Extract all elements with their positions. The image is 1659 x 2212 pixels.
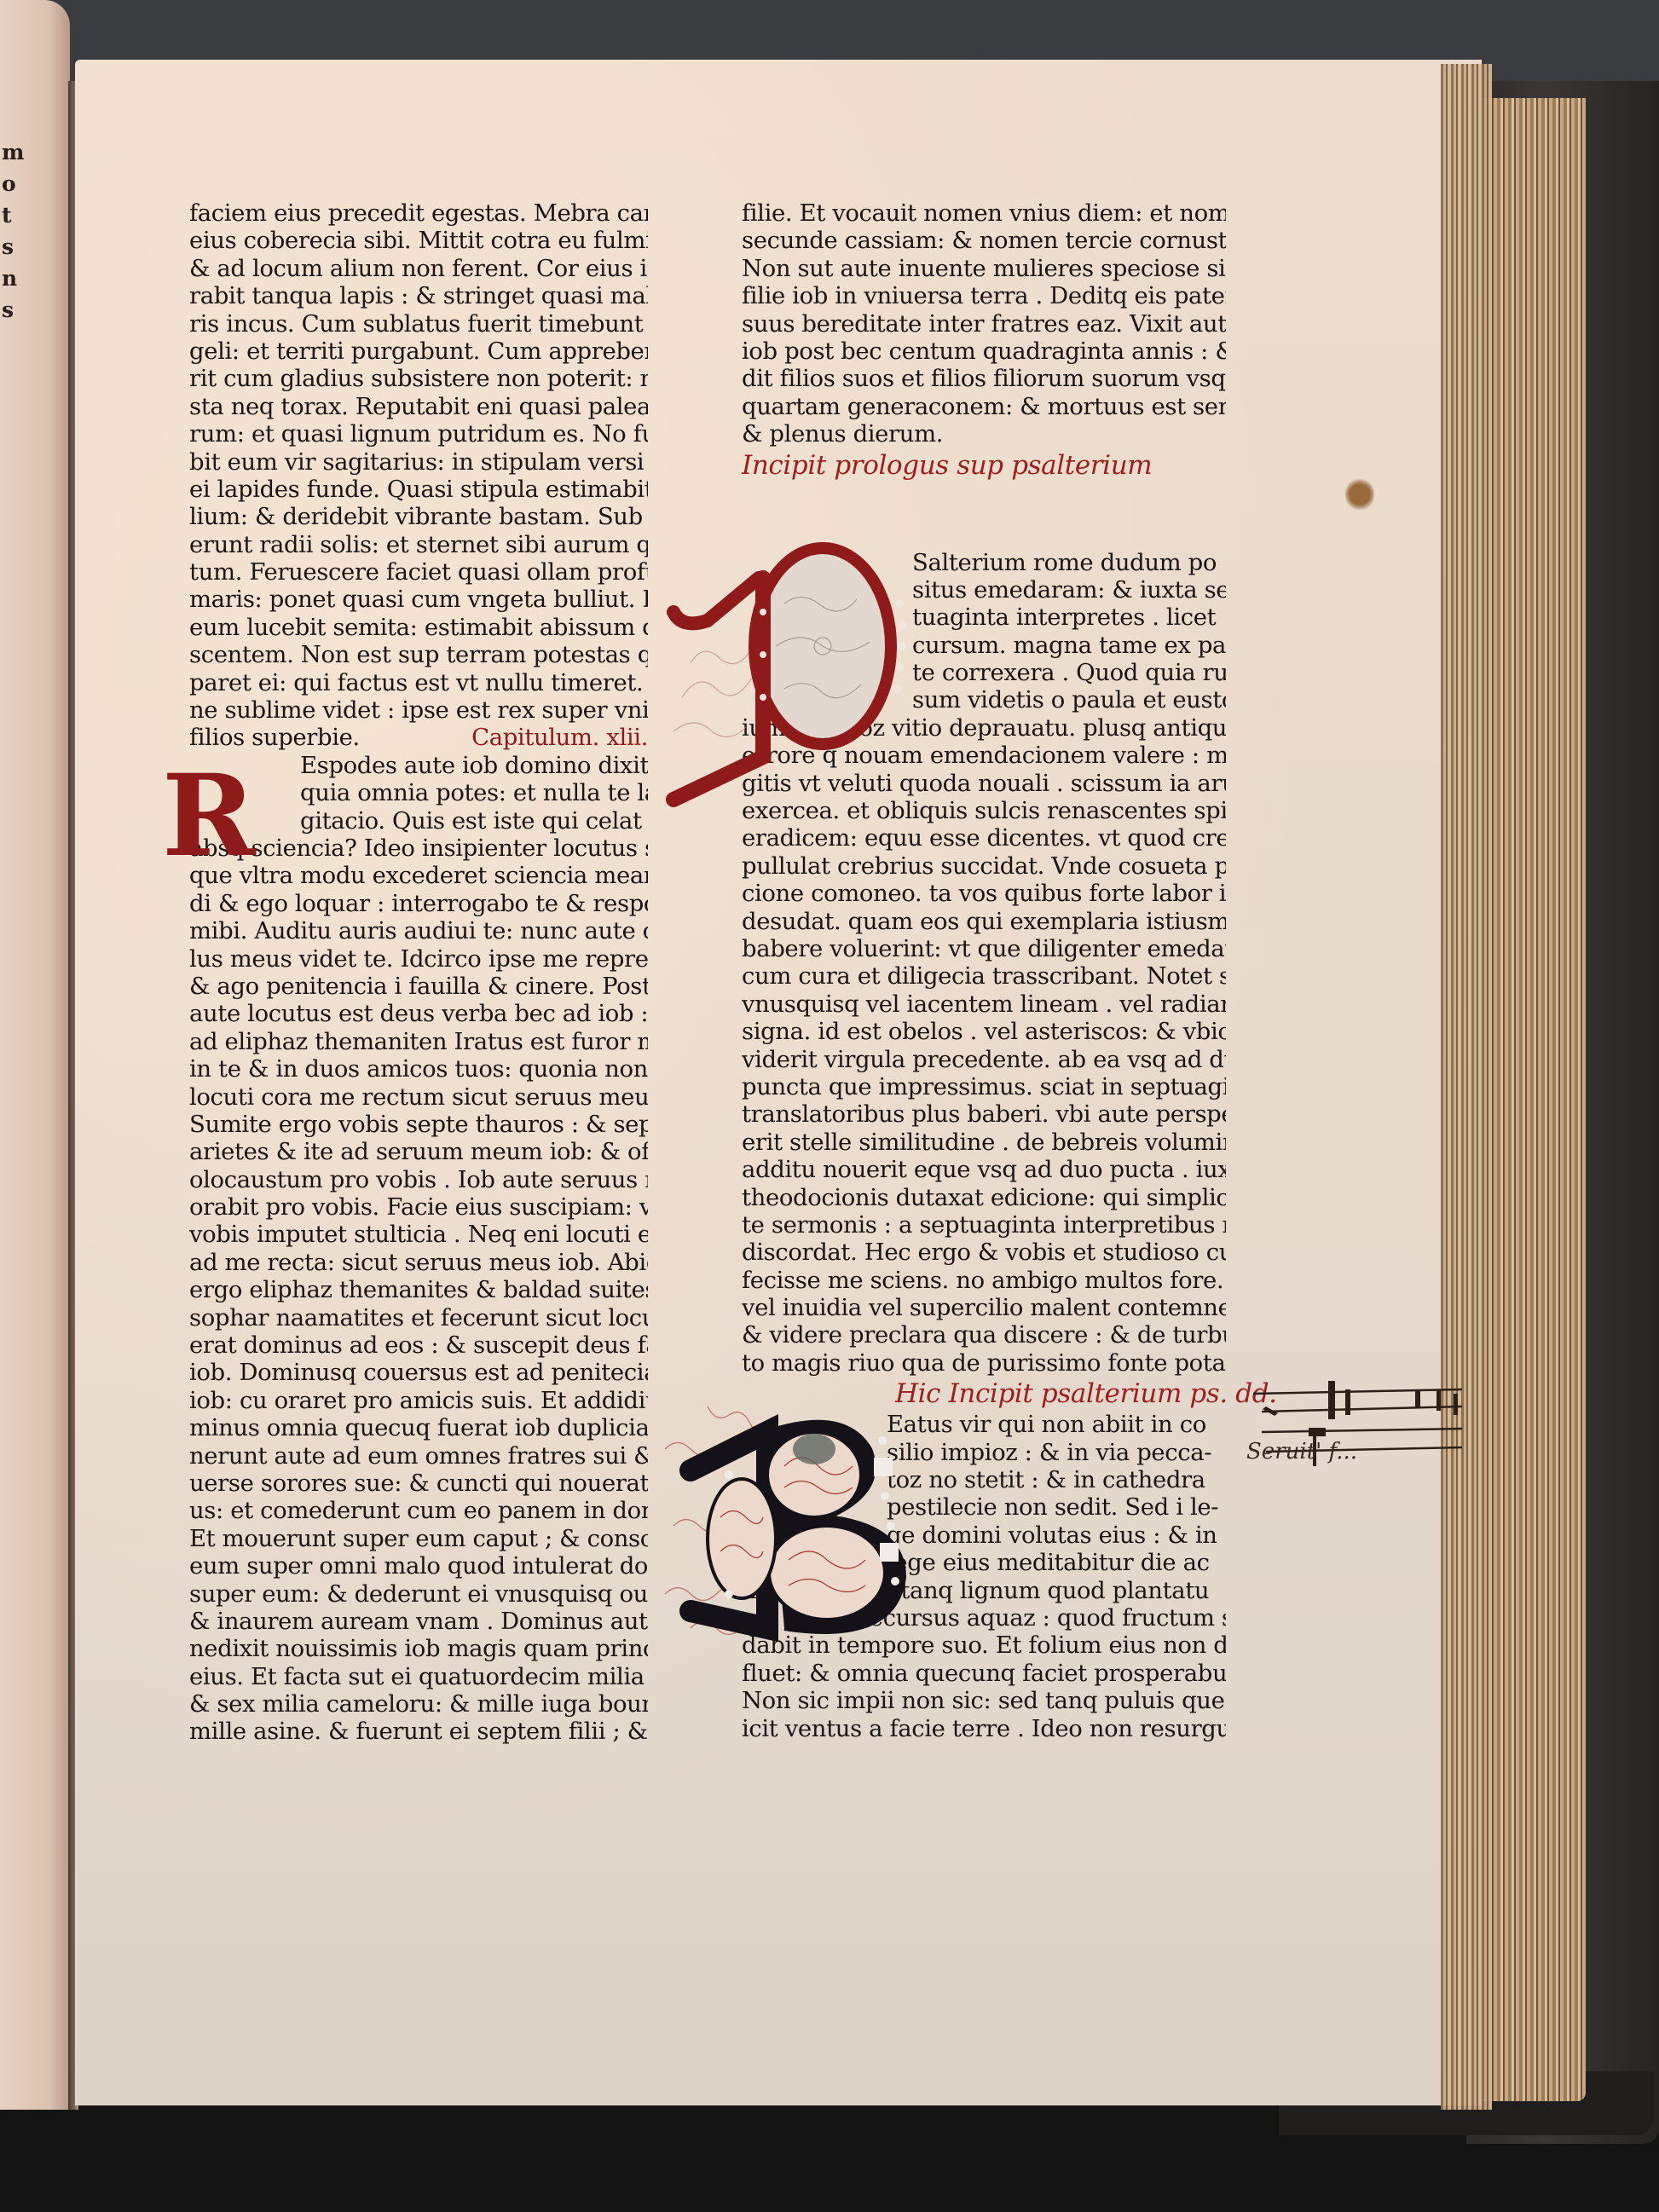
text-line: filie. Et vocauit nomen vnius diem: et n…	[742, 199, 1226, 227]
text-line: ne sublime videt : ipse est rex super vn…	[189, 696, 648, 724]
text-line: & sex milia cameloru: & mille iuga boum.…	[189, 1690, 648, 1718]
text-line: eum lucebit semita: estimabit abissum qs…	[189, 614, 648, 641]
text-line: fecisse me sciens. no ambigo multos fore…	[742, 1267, 1226, 1294]
text-line: sta neq torax. Reputabit eni quasi palea…	[189, 393, 648, 420]
text-line: in te & in duos amicos tuos: quonia non …	[189, 1055, 648, 1083]
text-line: & inaurem auream vnam . Dominus aute be	[189, 1608, 648, 1635]
text-line: desudat. quam eos qui exemplaria istiusm…	[742, 908, 1226, 935]
left-page-edge: m o t s n s	[0, 0, 70, 2110]
text-line: ris incus. Cum sublatus fuerit timebunt …	[189, 310, 648, 338]
text-line: paret ei: qui factus est vt nullu timere…	[189, 669, 648, 696]
text-line: aute locutus est deus verba bec ad iob :…	[189, 1000, 648, 1027]
text-line: eius. Et facta sut ei quatuordecim milia…	[189, 1663, 648, 1690]
text-line: lus meus videt te. Idcirco ipse me repre…	[189, 945, 648, 973]
text-line: puncta que impressimus. sciat in septuag…	[742, 1073, 1226, 1100]
text-line: suus bereditate inter fratres eaz. Vixit…	[742, 310, 1226, 338]
text-line: viderit virgula precedente. ab ea vsq ad…	[742, 1046, 1226, 1073]
text-line: Sumite ergo vobis septe thauros : & sept…	[189, 1111, 648, 1138]
text-line: ad me recta: sicut seruus meus iob. Abie…	[189, 1249, 648, 1276]
text-line: geli: et territi purgabunt. Cum appreben…	[189, 338, 648, 365]
text-line: nedixit nouissimis iob magis quam princi…	[189, 1635, 648, 1662]
text-line: icit ventus a facie terre . Ideo non res…	[742, 1715, 1226, 1742]
text-line: us: et comederunt cum eo panem in domo e…	[189, 1497, 648, 1524]
text-line: filie iob in vniuersa terra . Deditq eis…	[742, 282, 1226, 309]
text-line: signa. id est obelos . vel asteriscos: &…	[742, 1018, 1226, 1045]
text-line: erit stelle similitudine . de bebreis vo…	[742, 1129, 1226, 1156]
text-line: maris: ponet quasi cum vngeta bulliut. P…	[189, 586, 648, 613]
text-line: iob. Dominusq couersus est ad peniteciam	[189, 1359, 648, 1386]
text-line: super eum: & dederunt ei vnusquisq oue v…	[189, 1580, 648, 1608]
text-line: orabit pro vobis. Facie eius suscipiam: …	[189, 1193, 648, 1221]
text-line: cum cura et diligecia trasscribant. Note…	[742, 962, 1226, 990]
text-line: bit eum vir sagitarius: in stipulam vers…	[189, 448, 648, 476]
text-line: sophar naamatites et fecerunt sicut locu…	[189, 1304, 648, 1331]
text-line: olocaustum pro vobis . Iob aute seruus m…	[189, 1166, 648, 1193]
text-line: te sermonis : a septuaginta interpretibu…	[742, 1211, 1226, 1239]
text-line: nerunt aute ad eum omnes fratres sui & v…	[189, 1442, 648, 1470]
text-line: iob post bec centum quadraginta annis : …	[742, 338, 1226, 365]
text-line: minus omnia quecuq fuerat iob duplicia. …	[189, 1414, 648, 1441]
text-line: lium: & deridebit vibrante bastam. Sub i…	[189, 503, 648, 530]
text-line: erunt radii solis: et sternet sibi aurum…	[189, 531, 648, 558]
text-line: Non sut aute inuente mulieres speciose s…	[742, 255, 1226, 282]
text-line: quartam generaconem: & mortuus est senex	[742, 393, 1226, 420]
text-line: scentem. Non est sup terram potestas que…	[189, 641, 648, 668]
text-line: vel inuidia vel supercilio malent contem…	[742, 1294, 1226, 1321]
text-line: rabit tanqua lapis : & stringet quasi ma…	[189, 282, 648, 309]
text-line: & ago penitencia i fauilla & cinere. Pos…	[189, 973, 648, 1000]
text-line: ad eliphaz themaniten Iratus est furor m…	[189, 1028, 648, 1055]
text-line: discordat. Hec ergo & vobis et studioso …	[742, 1239, 1226, 1266]
text-line: uerse sorores sue: & cuncti qui nouerat …	[189, 1470, 648, 1497]
text-line: mibi. Auditu auris audiui te: nunc aute …	[189, 917, 648, 944]
text-line: Non sic impii non sic: sed tanq puluis q…	[742, 1687, 1226, 1714]
text-line: pullulat crebrius succidat. Vnde cosueta…	[742, 852, 1226, 880]
text-line: dit filios suos et filios filiorum suoru…	[742, 365, 1226, 392]
text-line: ergo eliphaz themanites & baldad suites …	[189, 1276, 648, 1303]
text-line: fluet: & omnia quecunq faciet prosperabu…	[742, 1660, 1226, 1687]
text-line: eum super omni malo quod intulerat domin…	[189, 1552, 648, 1580]
text-line: ei lapides funde. Quasi stipula estimabi…	[189, 476, 648, 503]
illuminated-initial-b	[656, 1398, 972, 1654]
text-line: iob: cu oraret pro amicis suis. Et addid…	[189, 1387, 648, 1414]
text-line: & ad locum alium non ferent. Cor eius in…	[189, 255, 648, 282]
left-page-fragment-text: m o t s n s	[2, 136, 27, 326]
text-line: vnusquisq vel iacentem lineam . vel radi…	[742, 990, 1226, 1018]
text-line: mille asine. & fuerunt ei septem filii ;…	[189, 1718, 648, 1745]
text-line: secunde cassiam: & nomen tercie cornusti…	[742, 227, 1226, 254]
text-line: di & ego loquar : interrogabo te & respo…	[189, 890, 648, 917]
fore-edge-inner	[1441, 64, 1492, 2110]
text-line: Et mouerunt super eum caput ; & consolat…	[189, 1525, 648, 1552]
foxing-stain	[1345, 477, 1374, 511]
text-line: erat dominus ad eos : & suscepit deus fa…	[189, 1331, 648, 1359]
text-line: faciem eius precedit egestas. Mebra carn…	[189, 199, 648, 227]
text-line: to magis riuo qua de purissimo fonte pot…	[742, 1349, 1226, 1377]
text-line: & plenus dierum.	[742, 420, 1226, 448]
marginal-annotation-text: Seruit' f...	[1246, 1439, 1357, 1464]
chapter-heading: Capitulum. xlii.	[471, 724, 648, 751]
illuminated-initial-p	[656, 527, 1006, 808]
text-line: arietes & ite ad seruum meum iob: & offe…	[189, 1138, 648, 1165]
text-line: rum: et quasi lignum putridum es. No fug…	[189, 420, 648, 448]
text-line: filios superbie. Capitulum. xlii.	[189, 724, 648, 751]
text-line: locuti cora me rectum sicut seruus meus …	[189, 1083, 648, 1111]
text-line: vobis imputet stulticia . Neq eni locuti…	[189, 1221, 648, 1248]
text-line: additu nouerit eque vsq ad duo pucta . i…	[742, 1156, 1226, 1183]
text-line: translatoribus plus baberi. vbi aute per…	[742, 1100, 1226, 1128]
left-text-column: faciem eius precedit egestas. Mebra carn…	[189, 199, 648, 1746]
rubricated-initial-r: R	[162, 765, 261, 868]
text-line: rit cum gladius subsistere non poterit: …	[189, 365, 648, 392]
text-line: tum. Feruescere faciet quasi ollam profu…	[189, 558, 648, 586]
text-line: theodocionis dutaxat edicione: qui simpl…	[742, 1184, 1226, 1211]
text-line: babere voluerint: vt que diligenter emed…	[742, 935, 1226, 962]
text-line: eius coberecia sibi. Mittit cotra eu ful…	[189, 227, 648, 254]
text-line: cione comoneo. ta vos quibus forte labor…	[742, 880, 1226, 907]
rubric-prologue-heading: Incipit prologus sup psalterium	[742, 448, 1226, 482]
text-line: & videre preclara qua discere : & de tur…	[742, 1321, 1226, 1349]
text-line: eradicem: equu esse dicentes. vt quod cr…	[742, 824, 1226, 852]
